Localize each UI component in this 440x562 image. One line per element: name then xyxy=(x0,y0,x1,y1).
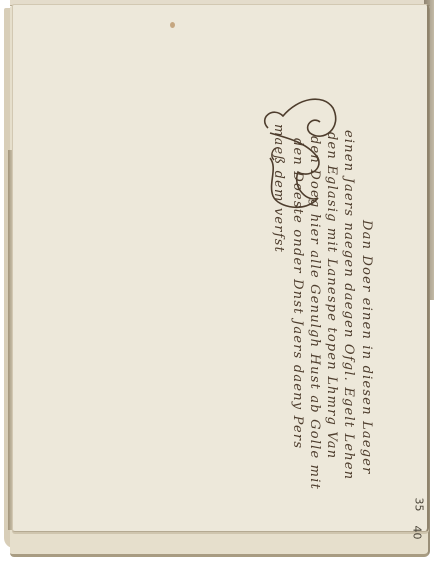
folio-number-bottom: 40 xyxy=(411,526,424,540)
text-line-3: den Eglasig mit Lanespe topen Lhmrg Van xyxy=(324,132,339,459)
text-line-1: Dan Doer einen in diesen Laeger xyxy=(359,220,374,475)
text-line-2: einen Jaers naegen daegen Ofgl. Egelt Le… xyxy=(341,130,356,480)
folio-number-top: 35 xyxy=(413,498,426,512)
text-line-6: maeß dem verfst xyxy=(271,124,286,253)
ink-stain xyxy=(170,22,175,28)
text-line-4: den Doeg hier alle Genulgh Hust ab Golle… xyxy=(307,136,322,490)
text-line-5: den Doeste onder Dnst Jaers daeny Pers xyxy=(290,138,305,449)
